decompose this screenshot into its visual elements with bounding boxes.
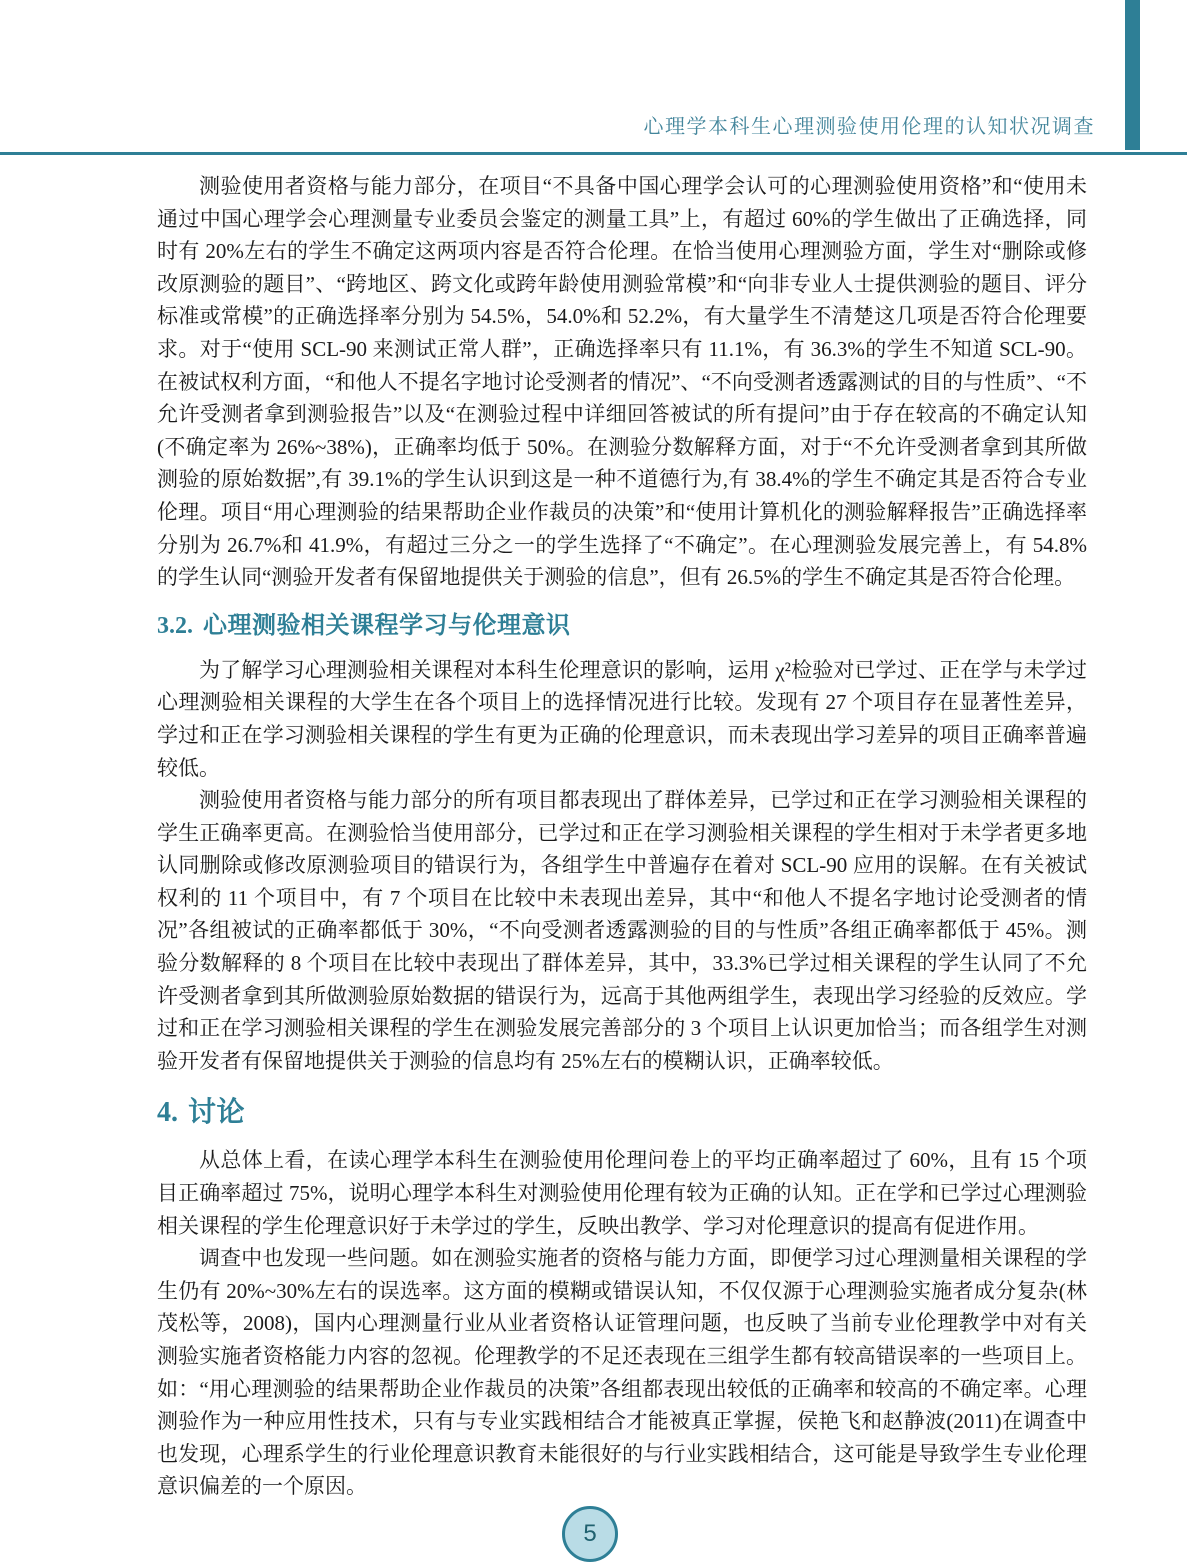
section-heading-3-2-number: 3.2. xyxy=(157,613,193,639)
header-accent-bar xyxy=(1125,0,1140,150)
body-paragraph-4: 从总体上看，在读心理学本科生在测验使用伦理问卷上的平均正确率超过了 60%，且有… xyxy=(157,1144,1087,1242)
body-paragraph-2: 为了解学习心理测验相关课程对本科生伦理意识的影响，运用 χ²检验对已学过、正在学… xyxy=(157,654,1087,784)
section-heading-4-number: 4. xyxy=(157,1097,178,1128)
running-header-title: 心理学本科生心理测验使用伦理的认知状况调查 xyxy=(644,110,1096,139)
body-paragraph-1: 测验使用者资格与能力部分，在项目“不具备中国心理学会认可的心理测验使用资格”和“… xyxy=(157,170,1087,594)
section-heading-4: 4.讨论 xyxy=(157,1093,1087,1132)
header-rule xyxy=(0,152,1187,155)
article-body: 测验使用者资格与能力部分，在项目“不具备中国心理学会认可的心理测验使用资格”和“… xyxy=(157,170,1087,1503)
body-paragraph-5: 调查中也发现一些问题。如在测验实施者的资格与能力方面，即便学习过心理测量相关课程… xyxy=(157,1242,1087,1503)
section-heading-3-2: 3.2.心理测验相关课程学习与伦理意识 xyxy=(157,609,1087,643)
section-heading-4-title: 讨论 xyxy=(188,1096,245,1127)
paper-page: 心理学本科生心理测验使用伦理的认知状况调查 测验使用者资格与能力部分，在项目“不… xyxy=(0,0,1187,1564)
section-heading-3-2-title: 心理测验相关课程学习与伦理意识 xyxy=(203,612,571,639)
page-number-badge: 5 xyxy=(562,1506,618,1562)
page-number: 5 xyxy=(583,1520,596,1548)
body-paragraph-3: 测验使用者资格与能力部分的所有项目都表现出了群体差异，已学过和正在学习测验相关课… xyxy=(157,784,1087,1077)
